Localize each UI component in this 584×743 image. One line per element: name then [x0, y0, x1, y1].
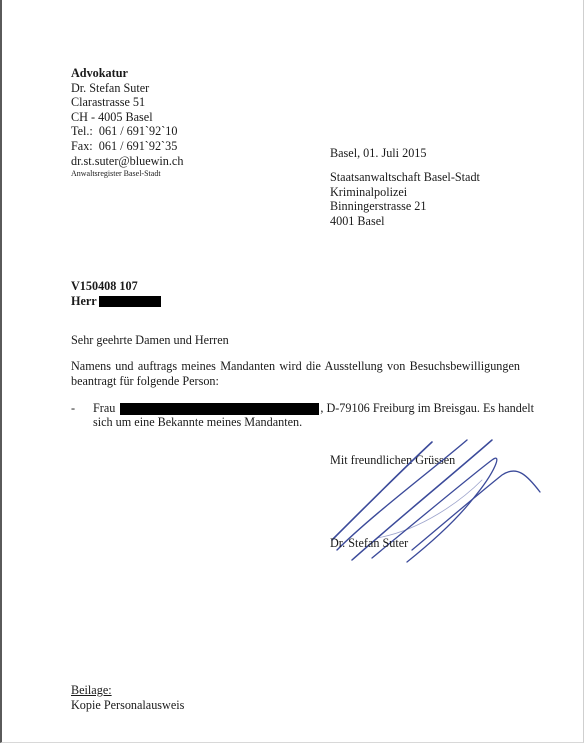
- bullet-prefix: Frau: [93, 401, 115, 415]
- sender-name: Dr. Stefan Suter: [71, 81, 183, 96]
- enclosure-label: Beilage:: [71, 683, 184, 698]
- enclosure-item: Kopie Personalausweis: [71, 698, 184, 713]
- bullet-item: -Frau, D-79106 Freiburg im Breisgau. Es …: [71, 401, 534, 416]
- sender-street: Clarastrasse 51: [71, 95, 183, 110]
- reference-herr-label: Herr: [71, 294, 97, 308]
- reference-block: V150408 107 Herr: [71, 279, 161, 308]
- redaction-bar: [99, 296, 161, 307]
- signer-name: Dr. Stefan Suter: [330, 536, 408, 551]
- recipient-org: Staatsanwaltschaft Basel-Stadt: [330, 170, 480, 185]
- recipient-city: 4001 Basel: [330, 214, 480, 229]
- document-page: Advokatur Dr. Stefan Suter Clarastrasse …: [0, 0, 584, 743]
- bullet-suffix: , D-79106 Freiburg im Breisgau. Es hande…: [320, 401, 534, 415]
- sender-city: CH - 4005 Basel: [71, 110, 183, 125]
- body-paragraph: Namens und auftrags meines Mandanten wir…: [71, 359, 520, 389]
- sender-phone: Tel.: 061 / 691`92`10: [71, 124, 183, 139]
- sender-block: Advokatur Dr. Stefan Suter Clarastrasse …: [71, 66, 183, 179]
- reference-person: Herr: [71, 294, 161, 309]
- date-line: Basel, 01. Juli 2015: [330, 146, 426, 161]
- recipient-street: Binningerstrasse 21: [330, 199, 480, 214]
- sender-fax: Fax: 061 / 691`92`35: [71, 139, 183, 154]
- enclosure-block: Beilage: Kopie Personalausweis: [71, 683, 184, 712]
- salutation: Sehr geehrte Damen und Herren: [71, 333, 229, 348]
- bullet-continuation: sich um eine Bekannte meines Mandanten.: [93, 415, 302, 430]
- sender-firm: Advokatur: [71, 66, 183, 81]
- sender-email: dr.st.suter@bluewin.ch: [71, 154, 183, 169]
- reference-number: V150408 107: [71, 279, 161, 294]
- bullet-dash: -: [71, 401, 93, 416]
- sender-registry: Anwaltsregister Basel-Stadt: [71, 168, 183, 179]
- recipient-dept: Kriminalpolizei: [330, 185, 480, 200]
- redaction-bar: [120, 403, 319, 415]
- recipient-block: Staatsanwaltschaft Basel-Stadt Kriminalp…: [330, 170, 480, 228]
